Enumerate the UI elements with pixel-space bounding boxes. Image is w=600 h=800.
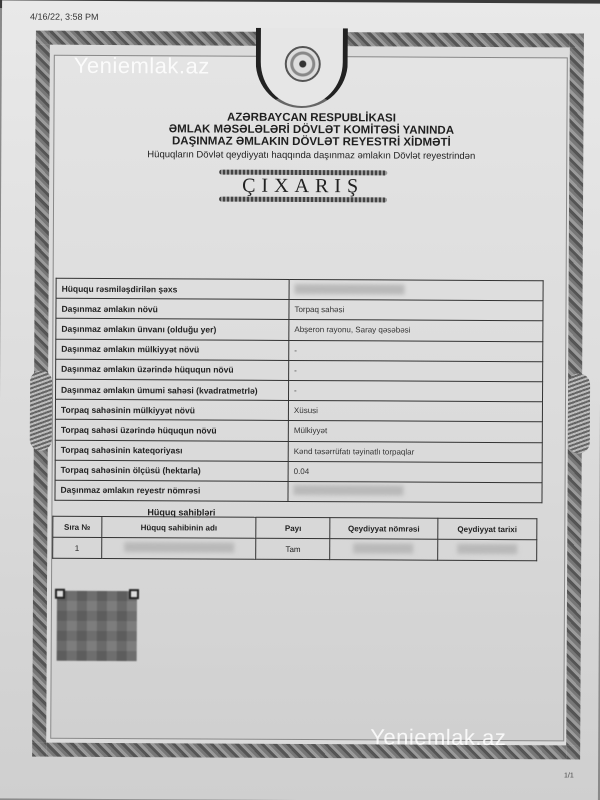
document-page: 4/16/22, 3:58 PM Yeniemlak.az AZƏRBAYCAN… [0,0,600,800]
info-row: Torpaq sahəsi üzərində hüququn növüMülki… [55,420,542,443]
info-label: Daşınmaz əmlakın ümumi sahəsi (kvadratme… [56,379,289,400]
info-value: Xüsusi [288,401,542,423]
owner-cell-share: Tam [256,538,330,559]
owners-table: Sıra №Hüquq sahibinin adıPayıQeydiyyat n… [52,516,537,562]
info-row: Daşınmaz əmlakın ümumi sahəsi (kvadratme… [56,379,543,402]
owners-column-header: Qeydiyyat tarixi [438,518,537,540]
info-value: - [289,340,543,362]
info-label: Hüququ rəsmiləşdirilən şəxs [56,278,289,299]
info-value: Abşeron rayonu, Saray qəsəbəsi [289,320,543,342]
document-title-block: ÇIXARIŞ [219,170,387,203]
redacted-value [295,284,405,295]
info-label: Daşınmaz əmlakın ünvanı (olduğu yer) [56,319,289,340]
owner-cell-name [101,537,256,559]
info-value: Torpaq sahəsi [289,300,543,322]
info-row: Torpaq sahəsinin ölçüsü (hektarla)0.04 [55,460,542,483]
info-row: Daşınmaz əmlakın növüTorpaq sahəsi [56,298,543,321]
info-value: Kənd təsərrüfatı təyinatlı torpaqlar [288,441,542,463]
header-subtitle: Hüquqların Dövlət qeydiyyatı haqqında da… [61,148,561,164]
info-row: Torpaq sahəsinin mülkiyyət növüXüsusi [55,399,542,422]
owner-cell-reg-no [330,539,438,561]
info-row: Hüququ rəsmiləşdirilən şəxs [56,278,543,301]
info-label: Torpaq sahəsinin ölçüsü (hektarla) [55,460,288,481]
document-header: AZƏRBAYCAN RESPUBLİKASI ƏMLAK MƏSƏLƏLƏRİ… [61,111,561,164]
info-value [288,481,542,503]
page-number: 1/1 [564,772,574,779]
info-label: Daşınmaz əmlakın mülkiyyət növü [56,339,289,360]
watermark: Yeniemlak.az [74,53,210,80]
redacted-value [124,542,234,553]
info-label: Torpaq sahəsi üzərində hüququn növü [55,420,288,441]
owners-column-header: Sıra № [53,516,102,537]
owner-row: 1Tam [53,537,537,561]
qr-finder [129,589,139,599]
info-label: Daşınmaz əmlakın reyestr nömrəsi [55,480,288,501]
document-title: ÇIXARIŞ [219,175,387,198]
owner-cell-no: 1 [53,537,102,558]
qr-code-icon [57,591,137,661]
info-value: 0.04 [288,461,542,483]
info-label: Daşınmaz əmlakın üzərində hüququn növü [56,359,289,380]
seal-icon [285,46,321,82]
info-value: Mülkiyyət [288,421,542,443]
print-timestamp: 4/16/22, 3:58 PM [30,12,99,22]
owners-column-header: Qeydiyyat nömrəsi [330,518,438,540]
qr-finder [55,589,65,599]
info-row: Daşınmaz əmlakın reyestr nömrəsi [55,480,542,503]
owners-column-header: Payı [256,517,330,538]
title-ornament-bottom [219,197,387,203]
info-row: Daşınmaz əmlakın üzərində hüququn növü- [56,359,543,382]
redacted-value [354,543,414,553]
info-row: Daşınmaz əmlakın mülkiyyət növü- [56,339,543,362]
info-row: Daşınmaz əmlakın ünvanı (olduğu yer)Abşe… [56,319,543,342]
info-label: Torpaq sahəsinin mülkiyyət növü [55,399,288,420]
owners-column-header: Hüquq sahibinin adı [101,516,256,538]
redacted-value [294,485,404,496]
info-value: - [289,380,543,402]
info-row: Torpaq sahəsinin kateqoriyasıKənd təsərr… [55,440,542,463]
owner-cell-reg-date [437,539,536,561]
watermark: Yeniemlak.az [370,724,506,751]
border-ornament [30,371,52,451]
property-info-table: Hüququ rəsmiləşdirilən şəxsDaşınmaz əmla… [54,278,543,504]
info-label: Torpaq sahəsinin kateqoriyası [55,440,288,461]
border-ornament [568,373,590,453]
info-value: - [289,360,543,382]
redacted-value [457,544,517,554]
info-value [289,279,543,301]
info-label: Daşınmaz əmlakın növü [56,298,289,319]
